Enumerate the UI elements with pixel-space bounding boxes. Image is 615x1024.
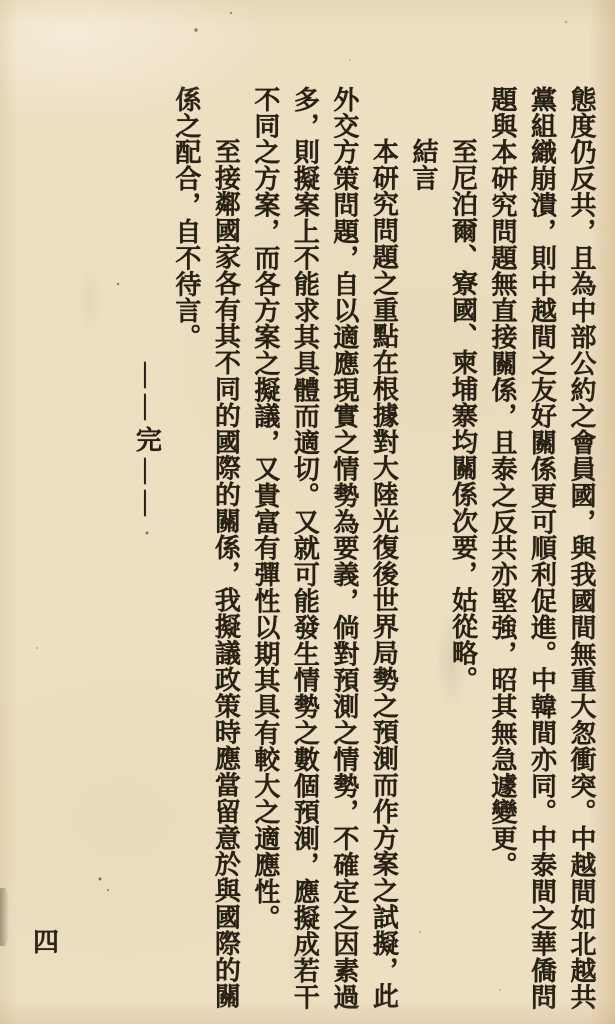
edge-smudge xyxy=(0,888,9,946)
scanned-page: 態度仍反共，且為中部公約之會員國，與我國間無重大怱衝突。中越間如北越共黨組織崩潰… xyxy=(0,0,615,1024)
paper-speckles xyxy=(0,0,615,1024)
